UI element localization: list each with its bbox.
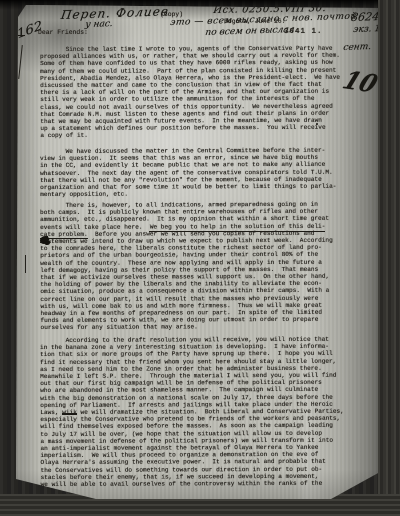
underline-mark-1 (149, 231, 325, 232)
paragraph-2: We have discussed the matter in the Cent… (40, 147, 336, 199)
paragraph-4: According to the draft resolution you wi… (40, 336, 344, 489)
salutation: Dear Friends: (38, 29, 88, 36)
handwritten-annotation-center-2: по всем он выслал (205, 25, 296, 38)
dateline: Bogota, June 16. (224, 18, 285, 25)
handwritten-number-8624: 8624 (350, 10, 380, 24)
copy-label: (Copy) (160, 11, 183, 18)
ink-speck (316, 123, 318, 125)
handwritten-sent-note: сент. (343, 42, 372, 53)
margin-scribble-stroke (18, 45, 23, 79)
strikethrough-mark (62, 413, 77, 415)
handwritten-number-10: 10 (339, 65, 382, 98)
paragraph-1: Since the last time I wrote to you, agen… (40, 45, 340, 140)
scan-backing-right (378, 0, 400, 516)
photostat-scan: Переп. Фолиев у нас. это — всем выслано … (0, 0, 400, 516)
document-page: Переп. Фолиев у нас. это — всем выслано … (16, 5, 378, 499)
paragraph-3: There is, however, to all indications, a… (40, 201, 333, 332)
handwritten-annotation-top-left: Переп. Фолиев (60, 4, 170, 22)
registry-stamp-number: 3041 1. (284, 29, 323, 36)
margin-dash-mark (16, 35, 25, 36)
margin-pen-stroke (25, 255, 26, 273)
handwritten-annotation-top-left-2: у нас. (85, 19, 114, 30)
handwritten-file-number: Исх. 0250.5.VIII 30. (213, 3, 327, 16)
